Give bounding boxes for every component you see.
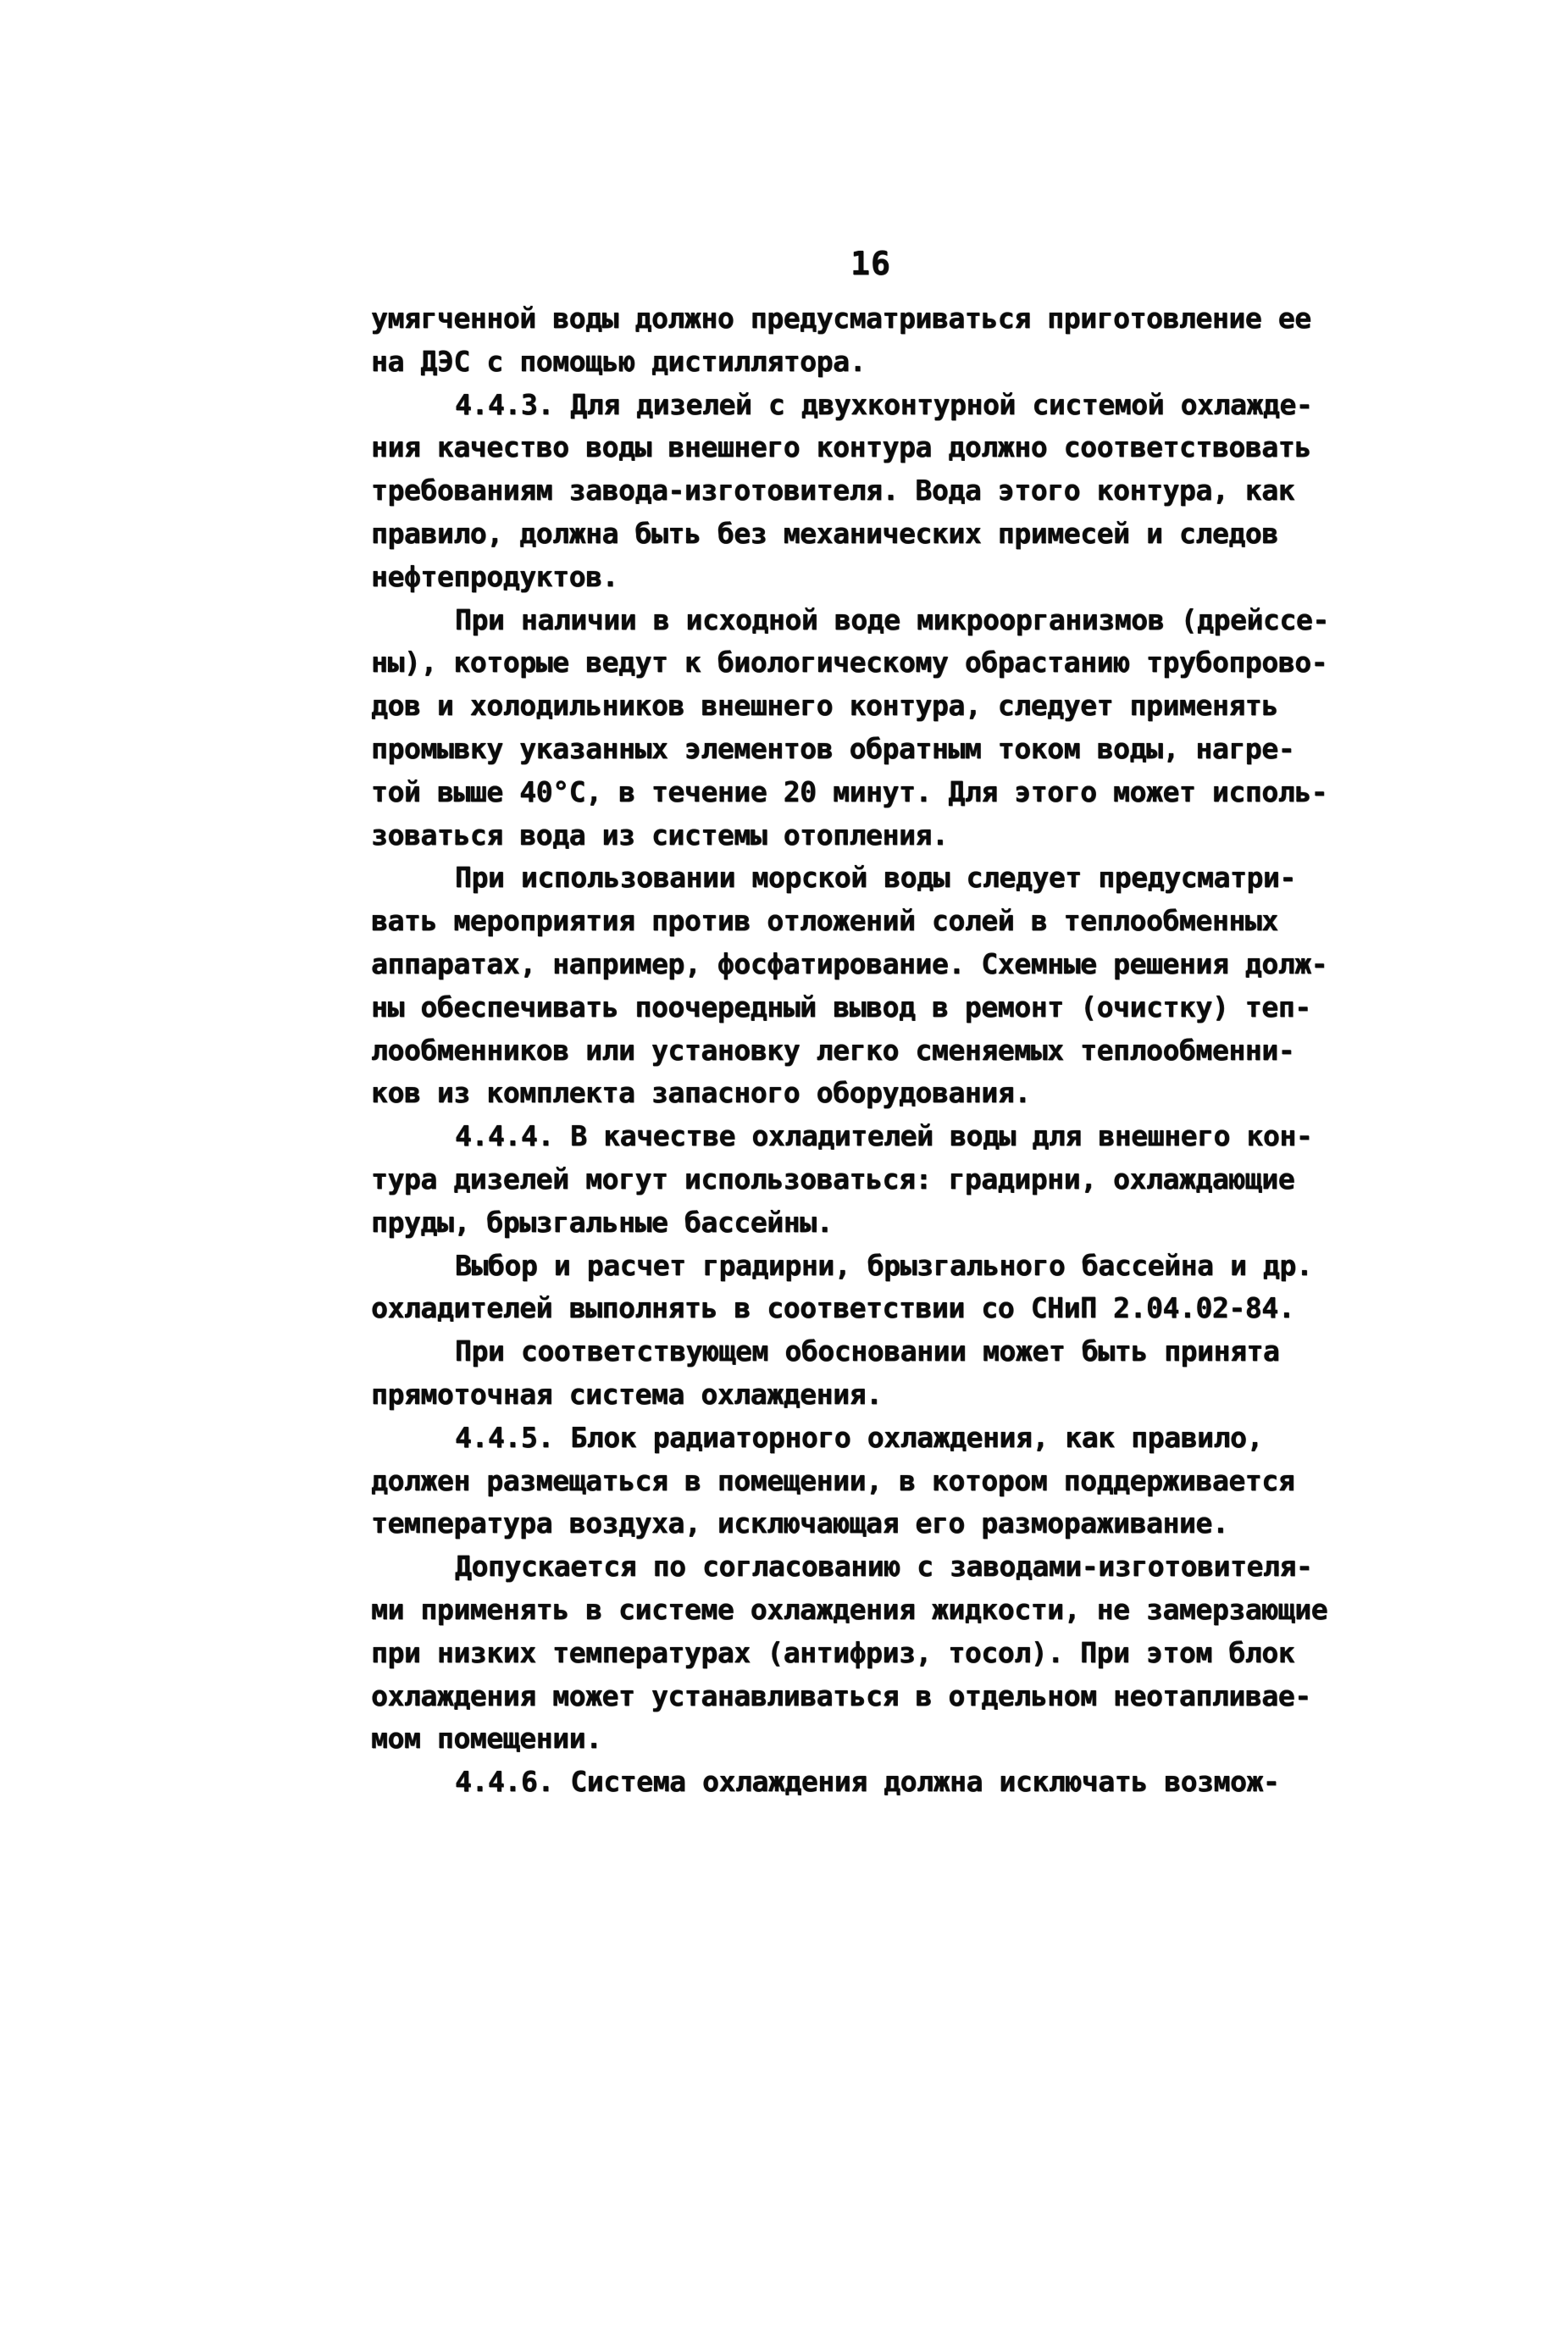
text-line: лообменников или установку легко сменяем… (371, 1029, 1379, 1073)
text-line: прямоточная система охлаждения. (371, 1373, 1379, 1417)
text-line: нефтепродуктов. (371, 556, 1379, 599)
text-line: ны), которые ведут к биологическому обра… (371, 641, 1379, 685)
body-text: умягченной воды должно предусматриваться… (371, 297, 1379, 1804)
text-line: охладителей выполнять в соответствии со … (371, 1287, 1379, 1330)
text-line: охлаждения может устанавливаться в отдел… (371, 1675, 1379, 1718)
text-line: правило, должна быть без механических пр… (371, 513, 1379, 556)
text-line: умягченной воды должно предусматриваться… (371, 297, 1379, 341)
text-line: При использовании морской воды следует п… (371, 857, 1379, 900)
text-line: 4.4.4. В качестве охладителей воды для в… (371, 1115, 1379, 1158)
text-line: 4.4.5. Блок радиаторного охлаждения, как… (371, 1417, 1379, 1460)
text-line: требованиям завода-изготовителя. Вода эт… (371, 469, 1379, 513)
text-line: вать мероприятия против отложений солей … (371, 900, 1379, 943)
text-line: ков из комплекта запасного оборудования. (371, 1072, 1379, 1115)
text-line: 4.4.6. Система охлаждения должна исключа… (371, 1761, 1379, 1804)
text-line: температура воздуха, исключающая его раз… (371, 1502, 1379, 1545)
text-line: промывку указанных элементов обратным то… (371, 728, 1379, 771)
text-line: тура дизелей могут использоваться: гради… (371, 1158, 1379, 1201)
text-line: При соответствующем обосновании может бы… (371, 1330, 1379, 1373)
text-line: на ДЭС с помощью дистиллятора. (371, 341, 1379, 384)
text-line: ны обеспечивать поочередный вывод в ремо… (371, 986, 1379, 1029)
page-number: 16 (850, 245, 891, 282)
text-line: При наличии в исходной воде микроорганиз… (371, 599, 1379, 642)
text-line: той выше 40°С, в течение 20 минут. Для э… (371, 771, 1379, 814)
text-line: аппаратах, например, фосфатирование. Схе… (371, 943, 1379, 986)
text-line: ния качество воды внешнего контура должн… (371, 426, 1379, 469)
text-line: должен размещаться в помещении, в которо… (371, 1460, 1379, 1503)
text-line: пруды, брызгальные бассейны. (371, 1201, 1379, 1245)
text-line: Выбор и расчет градирни, брызгального ба… (371, 1245, 1379, 1288)
text-line: ми применять в системе охлаждения жидкос… (371, 1589, 1379, 1632)
text-line: дов и холодильников внешнего контура, сл… (371, 685, 1379, 728)
text-line: при низких температурах (антифриз, тосол… (371, 1632, 1379, 1675)
text-line: зоваться вода из системы отопления. (371, 814, 1379, 857)
scanned-document-page: 16 умягченной воды должно предусматриват… (0, 0, 1568, 2336)
text-line: 4.4.3. Для дизелей с двухконтурной систе… (371, 384, 1379, 427)
text-line: мом помещении. (371, 1717, 1379, 1761)
text-line: Допускается по согласованию с заводами-и… (371, 1545, 1379, 1589)
